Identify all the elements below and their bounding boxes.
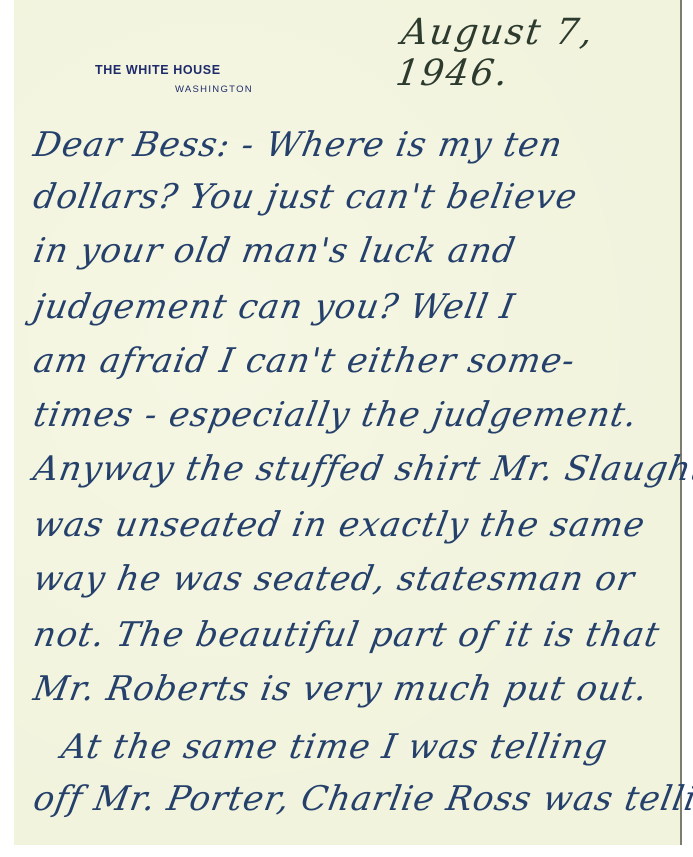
letter-line-9: way he was seated, statesman or [31, 562, 637, 596]
letter-line-1: Dear Bess: - Where is my ten [31, 128, 565, 162]
letter-date: August 7, 1946. [393, 12, 686, 94]
letter-line-4: judgement can you? Well I [31, 290, 518, 324]
letter-line-2: dollars? You just can't believe [31, 180, 580, 214]
letter-line-5: am afraid I can't either some- [31, 344, 578, 378]
letter-line-10: not. The beautiful part of it is that [31, 618, 662, 652]
letter-page: THE WHITE HOUSE WASHINGTON August 7, 194… [14, 0, 682, 845]
letter-line-6: times - especially the judgement. [31, 398, 640, 432]
letter-line-11: Mr. Roberts is very much put out. [31, 672, 651, 706]
letter-line-7: Anyway the stuffed shirt Mr. Slaughter [31, 452, 693, 486]
letterhead-title: THE WHITE HOUSE [95, 63, 221, 77]
letter-line-12: At the same time I was telling [59, 730, 610, 764]
letter-line-8: was unseated in exactly the same [31, 508, 648, 542]
letter-line-3: in your old man's luck and [31, 234, 518, 268]
letter-line-13: off Mr. Porter, Charlie Ross was telling [31, 782, 693, 816]
letterhead-city: WASHINGTON [175, 84, 253, 95]
